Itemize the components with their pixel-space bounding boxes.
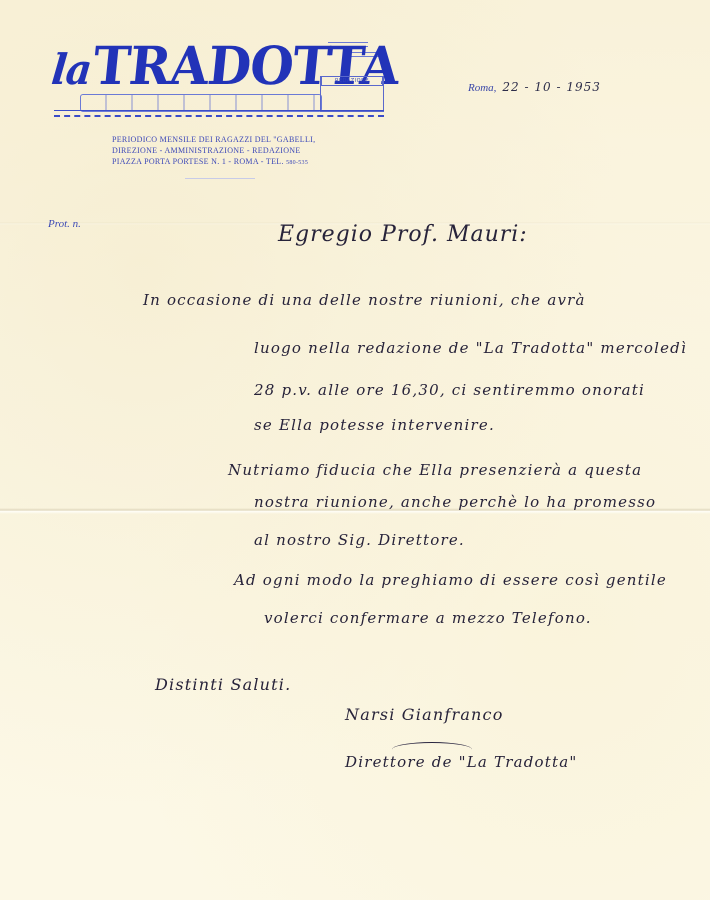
rail-track-icon — [54, 110, 384, 117]
letter-date: Roma,22 - 10 - 1953 — [468, 80, 601, 94]
logo-prefix: la — [49, 45, 93, 94]
letterhead-divider — [185, 178, 255, 179]
signature-title: Direttore de "La Tradotta" — [345, 752, 577, 772]
station-sign: REDAZIONE — [321, 76, 383, 86]
letter-body-line: al nostro Sig. Direttore. — [254, 530, 465, 550]
letterhead-line-address: PIAZZA PORTA PORTESE N. 1 - ROMA - TEL. … — [112, 156, 352, 169]
letterhead-address: PERIODICO MENSILE DEI RAGAZZI DEL "GABEL… — [112, 134, 352, 169]
letter-body-line: In occasione di una delle nostre riunion… — [143, 290, 586, 310]
telephone-number: 580-535 — [286, 160, 308, 166]
letter-body-line: se Ella potesse intervenire. — [254, 415, 495, 435]
letter-salutation: Egregio Prof. Mauri: — [278, 225, 528, 245]
letter-body-line: Nutriamo fiducia che Ella presenzierà a … — [228, 460, 642, 480]
station-building-icon: REDAZIONE — [320, 76, 384, 112]
letter-body-line: volerci confermare a mezzo Telefono. — [264, 608, 592, 628]
letter-body-line: nostra riunione, anche perchè lo ha prom… — [254, 492, 656, 512]
letterhead-line-periodical: PERIODICO MENSILE DEI RAGAZZI DEL "GABEL… — [112, 134, 352, 145]
protocol-number-label: Prot. n. — [48, 218, 81, 230]
letterhead-line-departments: DIREZIONE - AMMINISTRAZIONE - REDAZIONE — [112, 145, 352, 156]
letter-closing: Distinti Saluti. — [155, 675, 291, 695]
letterhead-logo: laTRADOTTA REDAZIONE — [50, 36, 390, 126]
date-value: 22 - 10 - 1953 — [502, 80, 600, 94]
letter-body-line: Ad ogni modo la preghiamo di essere così… — [234, 570, 667, 590]
date-place: Roma, — [468, 82, 496, 94]
letter-body-line: luogo nella redazione de "La Tradotta" m… — [254, 338, 687, 358]
letter-body-line: 28 p.v. alle ore 16,30, ci sentiremmo on… — [254, 380, 645, 400]
signature-name: Narsi Gianfranco — [345, 705, 504, 725]
address-text: PIAZZA PORTA PORTESE N. 1 - ROMA - TEL. — [112, 157, 284, 166]
